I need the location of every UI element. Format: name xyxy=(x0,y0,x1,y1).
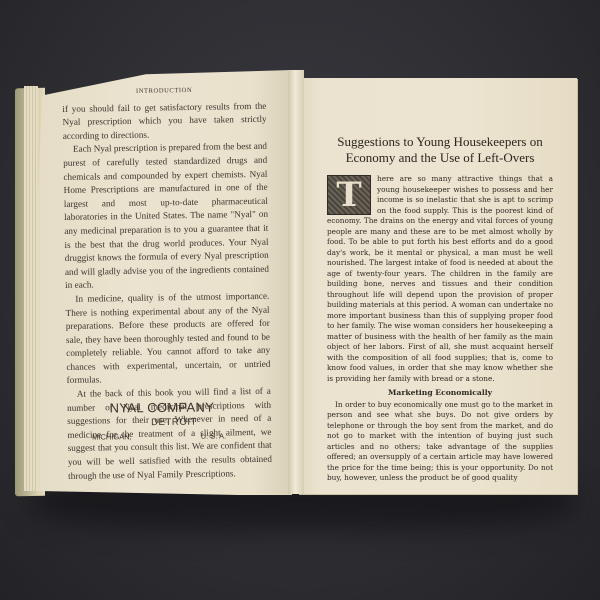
page-stack-edge xyxy=(24,86,38,491)
right-page-text: Suggestions to Young Housekeepers on Eco… xyxy=(327,134,553,484)
company-location: MICHIGAN, U. S. A. xyxy=(92,431,232,441)
left-paragraph: In medicine, quality is of the utmost im… xyxy=(65,290,270,388)
company-state: MICHIGAN, xyxy=(92,432,132,441)
section-heading: Marketing Economically xyxy=(327,388,553,399)
chapter-title: Suggestions to Young Housekeepers on Eco… xyxy=(327,134,553,166)
left-paragraph: Each Nyal prescription is prepared from … xyxy=(63,140,269,293)
left-paragraph: if you should fail to get satisfactory r… xyxy=(62,99,267,143)
company-country: U. S. A. xyxy=(201,431,227,440)
publisher-imprint: NYAL COMPANY DETROIT MICHIGAN, U. S. A. xyxy=(92,399,232,441)
running-head: INTRODUCTION xyxy=(62,83,266,100)
company-city: DETROIT xyxy=(116,416,232,428)
book-gutter xyxy=(288,70,304,494)
section-paragraph: In order to buy economically one must go… xyxy=(327,400,553,484)
chapter-body: T here are so many attractive things tha… xyxy=(327,174,553,484)
ornamental-drop-cap: T xyxy=(327,175,371,215)
company-name: NYAL COMPANY xyxy=(92,399,232,415)
